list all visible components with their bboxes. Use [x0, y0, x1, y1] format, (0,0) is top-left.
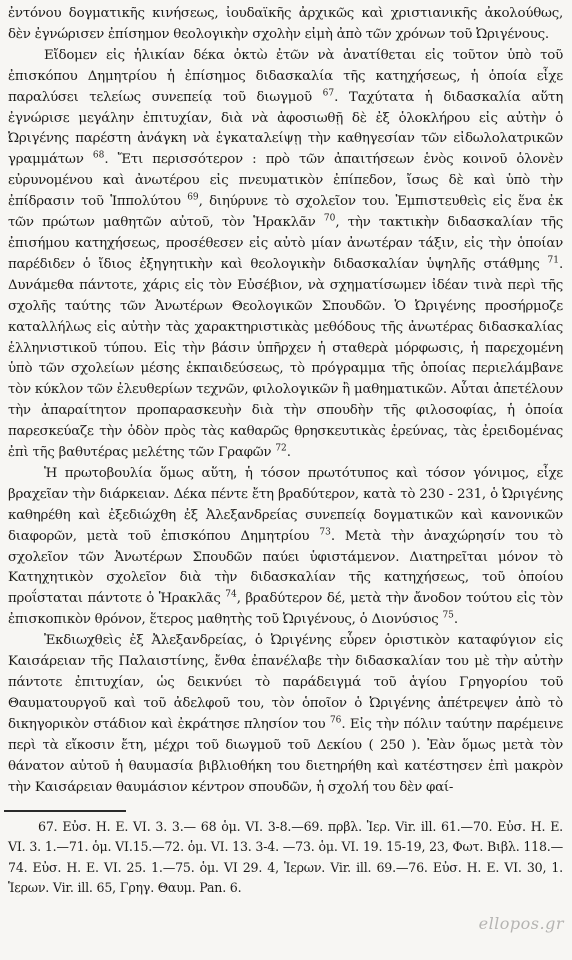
footnote-ref: 69 — [187, 193, 198, 203]
footnote-ref: 76 — [330, 715, 341, 725]
watermark: ellopos.gr — [479, 914, 564, 933]
footnote-ref: 74 — [225, 590, 236, 600]
footnote-ref: 68 — [93, 151, 104, 161]
body-text: ἐντόνου δογματικῆς κινήσεως, ἰουδαϊκῆς ἀ… — [8, 4, 563, 798]
paragraph: Ἐκδιωχθεὶς ἐξ Ἀλεξανδρείας, ὁ Ὠριγένης ε… — [8, 631, 563, 798]
paragraph: Ἡ πρωτοβουλία ὅμως αὕτη, ἡ τόσον πρωτότυ… — [8, 464, 563, 631]
footnote-ref: 71 — [548, 255, 559, 265]
footnote-ref: 72 — [275, 444, 286, 454]
footnote-ref: 67 — [323, 88, 334, 98]
paragraph: ἐντόνου δογματικῆς κινήσεως, ἰουδαϊκῆς ἀ… — [8, 4, 563, 46]
footnote-ref: 75 — [442, 611, 453, 621]
footnotes-text: 67. Εὐσ. Η. Ε. VI. 3. 3.— 68 ὁμ. VI. 3-8… — [8, 817, 563, 899]
footnote-separator — [4, 810, 126, 812]
footnote-ref: 73 — [319, 527, 330, 537]
book-page: ἐντόνου δογματικῆς κινήσεως, ἰουδαϊκῆς ἀ… — [0, 0, 572, 960]
footnote-ref: 70 — [324, 214, 335, 224]
paragraph: Εἴδομεν εἰς ἡλικίαν δέκα ὀκτὼ ἐτῶν νὰ ἀν… — [8, 46, 563, 464]
footnote-area: 67. Εὐσ. Η. Ε. VI. 3. 3.— 68 ὁμ. VI. 3-8… — [8, 810, 563, 899]
